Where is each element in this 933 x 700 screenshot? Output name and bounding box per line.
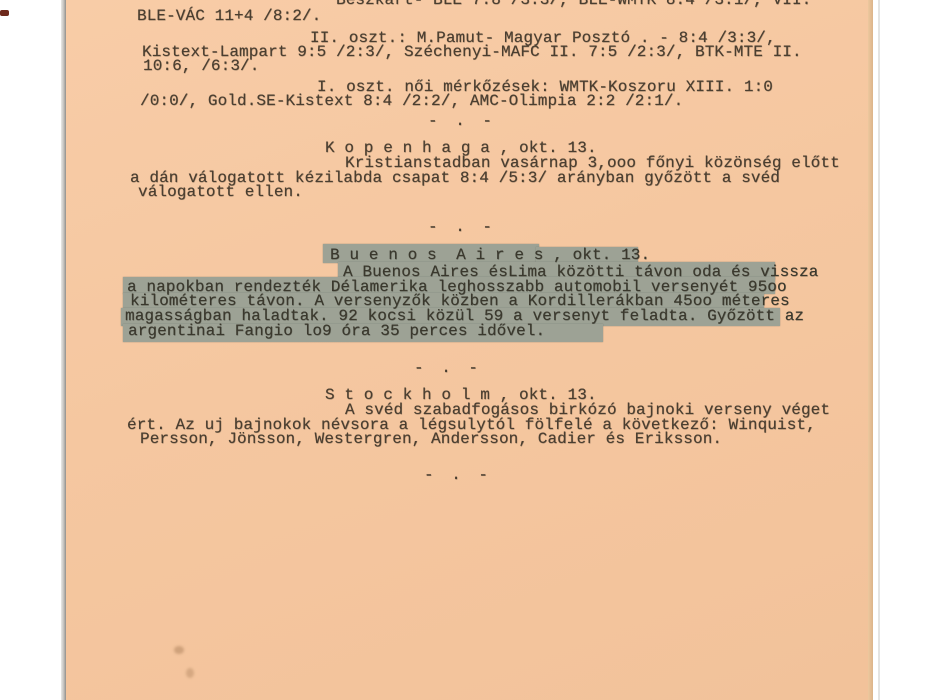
scan-artifact [0, 10, 9, 16]
section-separator: - . - [424, 466, 492, 484]
section-separator: - . - [428, 218, 496, 236]
line-handball-result: BLE-VÁC 11+4 /8:2/. [137, 7, 321, 25]
paper-smudge [174, 646, 184, 654]
section-separator: - . - [428, 112, 496, 130]
paper-smudge [186, 668, 194, 678]
line-buenos-aires: argentinai Fangio lo9 óra 35 perces időv… [128, 322, 545, 340]
line-handball-result: /0:0/, Gold.SE-Kistext 8:4 /2:2/, AMC-Ol… [140, 92, 683, 110]
line-stockholm: Persson, Jönsson, Westergren, Andersson,… [140, 430, 722, 448]
line-handball-partial: Beszkárt- BLE 7.8 /3.3/, BLE-WMTK 8.4 /3… [336, 0, 811, 9]
scan-right-line [878, 0, 880, 700]
scanned-paper: Beszkárt- BLE 7.8 /3.3/, BLE-WMTK 8.4 /3… [66, 0, 872, 700]
section-separator: - . - [414, 359, 482, 377]
line-kopenhaga: válogatott ellen. [138, 183, 303, 201]
paper-right-edge [868, 0, 873, 700]
line-handball-result: 10:6, /6:3/. [143, 57, 259, 75]
section-title-buenos-aires: B u e n o s A i r e s , okt. 13. [330, 246, 650, 264]
